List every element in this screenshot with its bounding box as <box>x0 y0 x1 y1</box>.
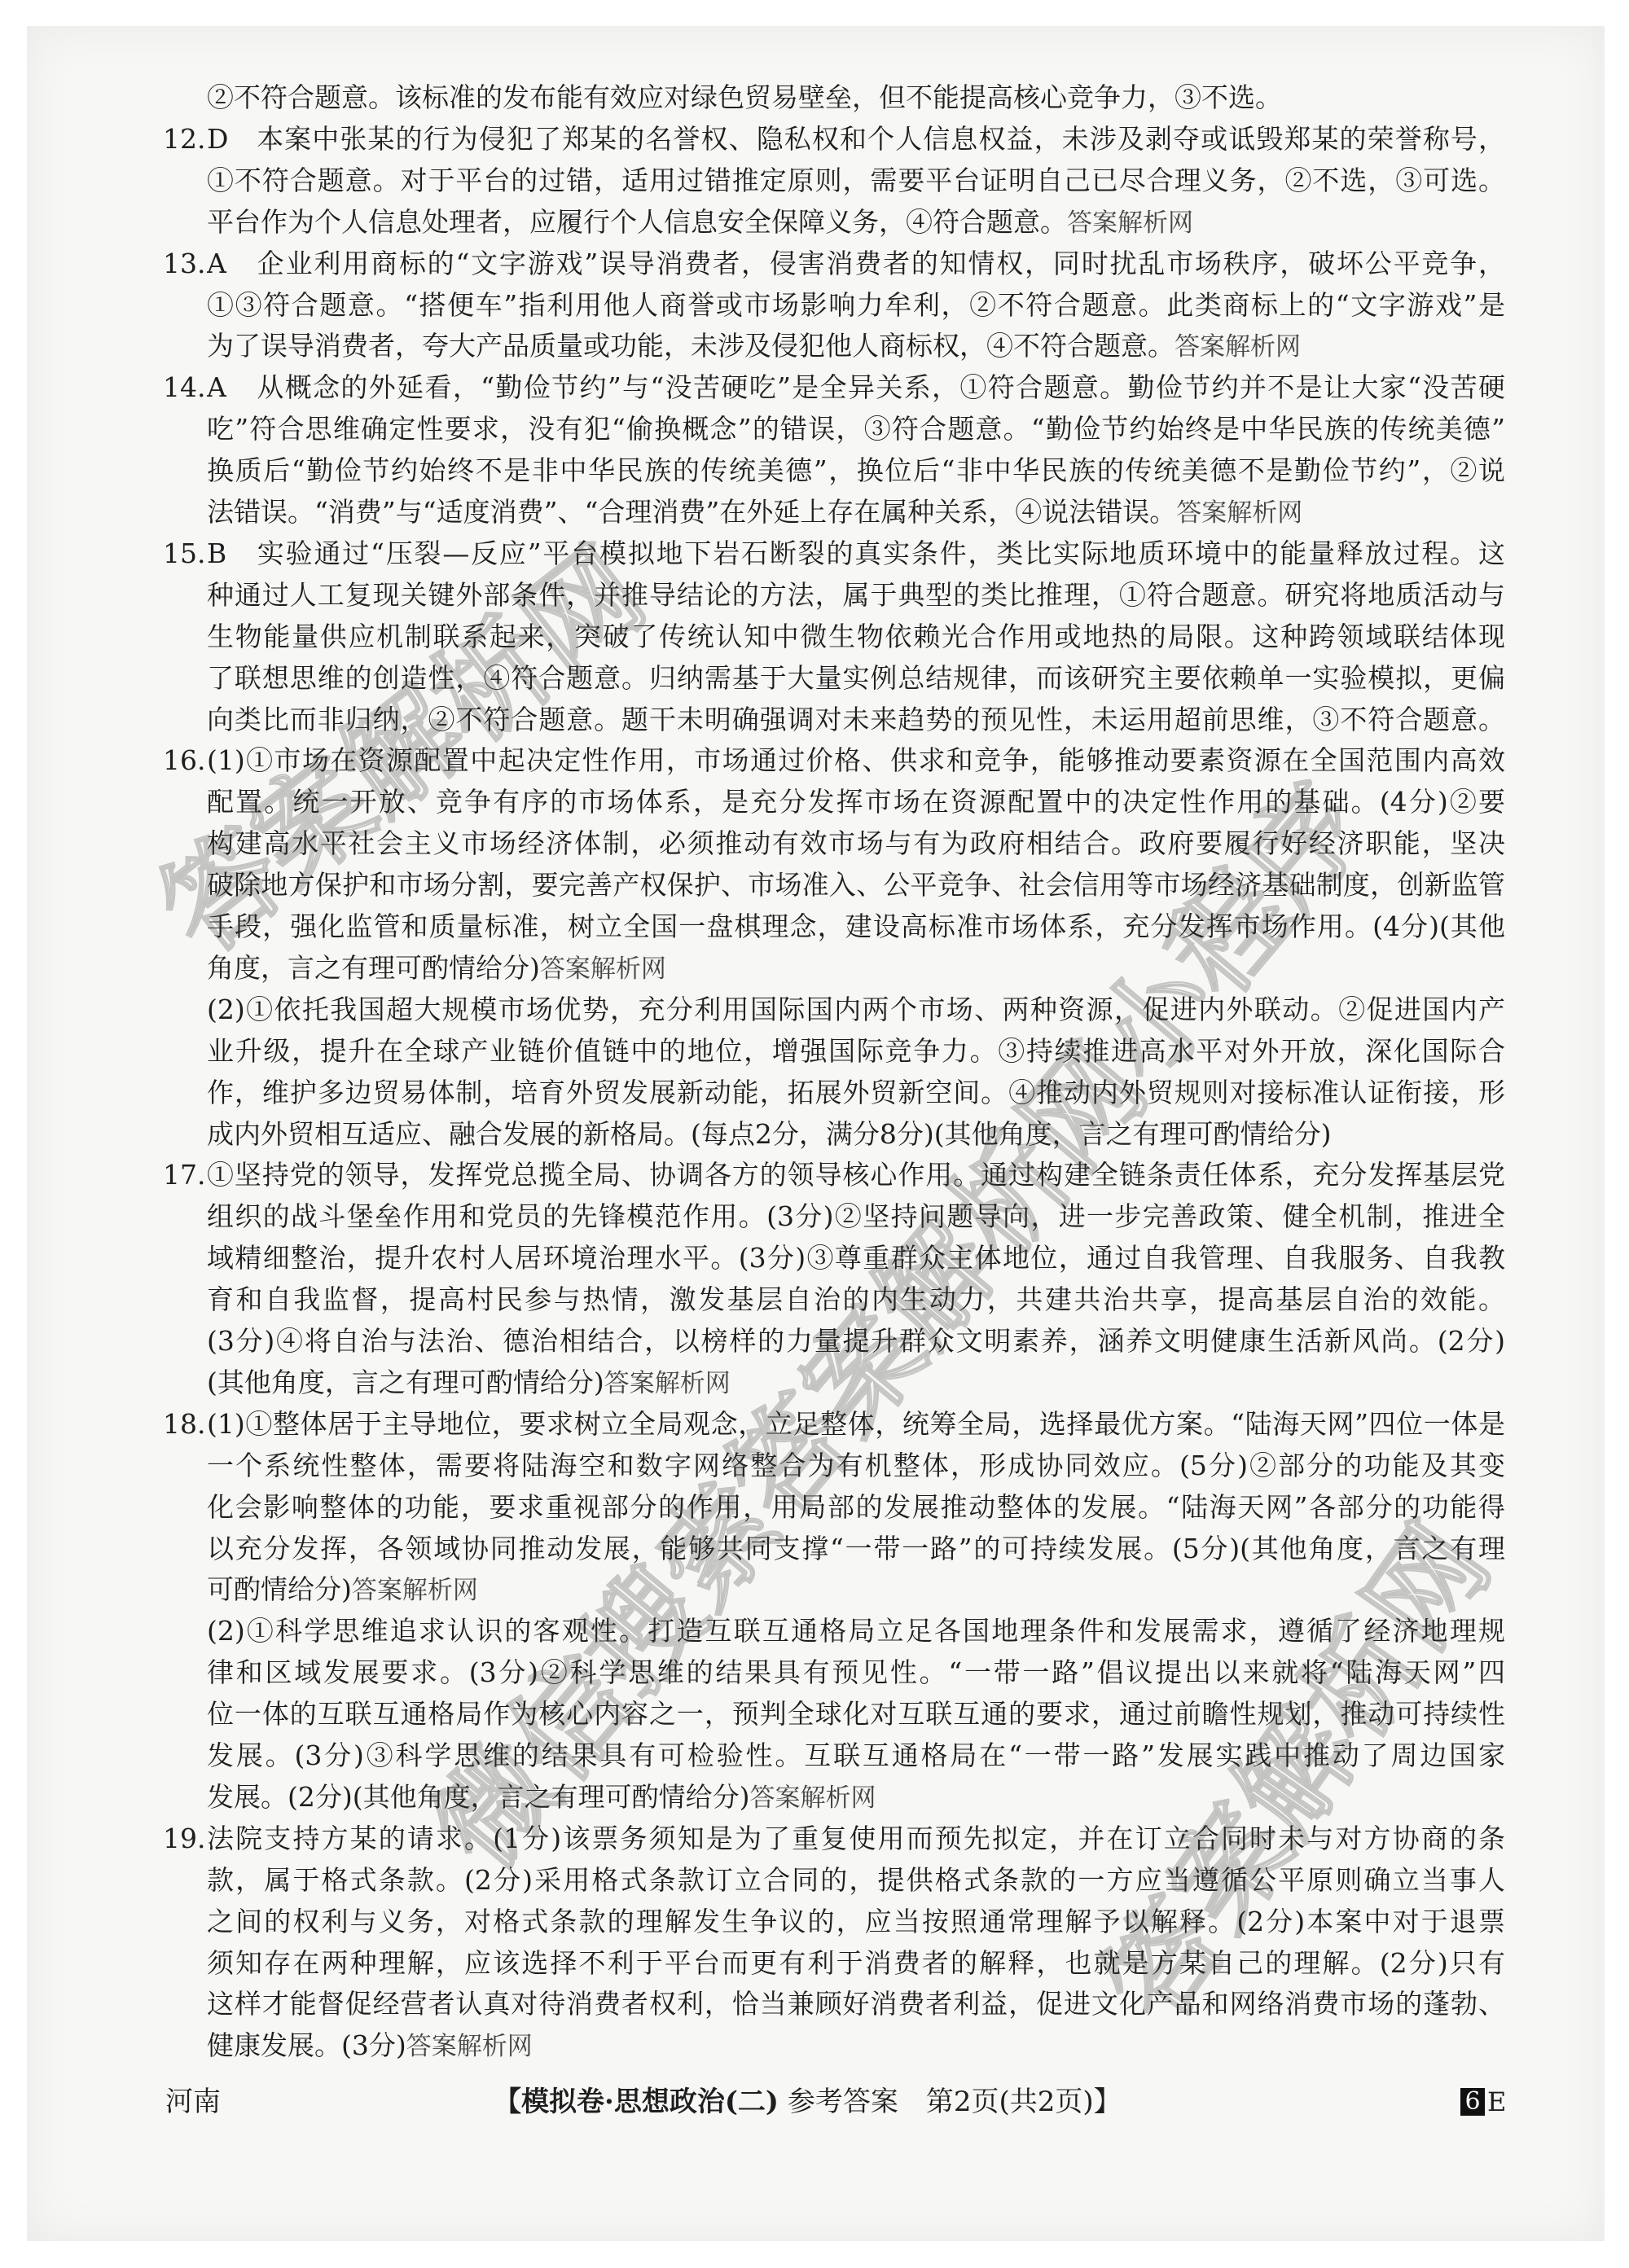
source-site-label: 答案解析网 <box>1176 498 1302 528</box>
answer-text-line: 法院支持方某的请求。(1分)该票务须知是为了重复使用而预先拟定，并在订立合同时未… <box>207 1818 1505 1859</box>
answer-text-line: 律和区域发展要求。(3分)②科学思维的结果具有预见性。“一带一路”倡议提出以来就… <box>207 1652 1505 1693</box>
answer-text-line: D本案中张某的行为侵犯了郑某的名誉权、隐私权和个人信息权益，未涉及剥夺或诋毁郑某… <box>207 119 1505 160</box>
answer-text-line: 组织的战斗堡垒作用和党员的先锋模范作用。(3分)②坚持问题导向，进一步完善政策、… <box>207 1196 1505 1237</box>
line-text: 业升级，提升在全球产业链价值链中的地位，增强国际竞争力。③持续推进高水平对外开放… <box>207 1035 1505 1067</box>
line-text: 发展。(2分)(其他角度，言之有理可酌情给分) <box>207 1781 750 1813</box>
line-text: 实验通过“压裂—反应”平台模拟地下岩石断裂的真实条件，类比实际地质环境中的能量释… <box>256 537 1505 569</box>
answer-text-line: 域精细整治，提升农村人居环境治理水平。(3分)③尊重群众主体地位，通过自我管理、… <box>207 1238 1505 1279</box>
answer-choice: A <box>207 243 256 284</box>
footer-exam-title: 【模拟卷·思想政治(二) <box>494 2086 779 2118</box>
question-number: 17. <box>163 1155 207 1195</box>
footer-title: 【模拟卷·思想政治(二) 参考答案 第2页(共2页)】 <box>494 2082 1122 2122</box>
answer-text-line: 发展。(2分)(其他角度，言之有理可酌情给分)答案解析网 <box>207 1777 1505 1818</box>
answer-text-line: 吃”符合思维确定性要求，没有犯“偷换概念”的错误，③符合题意。“勤俭节约始终是中… <box>207 409 1505 450</box>
line-text: 本案中张某的行为侵犯了郑某的名誉权、隐私权和个人信息权益，未涉及剥夺或诋毁郑某的… <box>256 123 1505 155</box>
source-site-label: 答案解析网 <box>604 1369 731 1398</box>
answer-text-line: 为了误导消费者，夸大产品质量或功能，未涉及侵犯他人商标权，④不符合题意。答案解析… <box>207 326 1505 366</box>
answer-text-line: 这样才能督促经营者认真对待消费者权利，恰当兼顾好消费者利益，促进文化产品和网络消… <box>207 1984 1505 2025</box>
line-text: 作，维护多边贸易体制，培育外贸发展新动能，拓展外贸新空间。④推动内外贸规则对接标… <box>207 1077 1505 1108</box>
line-text: 以充分发挥，各领域协同推动发展，能够共同支撑“一带一路”的可持续发展。(5分)(… <box>207 1533 1505 1564</box>
answer-text-line: ②不符合题意。该标准的发布能有效应对绿色贸易壁垒，但不能提高核心竞争力，③不选。 <box>207 77 1505 118</box>
line-text: 角度，言之有理可酌情给分) <box>207 952 540 984</box>
line-text: 平台作为个人信息处理者，应履行个人信息安全保障义务，④符合题意。 <box>207 206 1067 238</box>
question-number: 18. <box>163 1404 207 1445</box>
answer-text-line: 育和自我监督，提高村民参与热情，激发基层自治的内生动力，共建共治共享，提高基层自… <box>207 1279 1505 1320</box>
line-text: (其他角度，言之有理可酌情给分) <box>207 1367 604 1398</box>
line-text: (3分)④将自治与法治、德治相结合，以榜样的力量提升群众文明素养，涵养文明健康生… <box>207 1325 1505 1357</box>
question-number: 12. <box>163 119 207 160</box>
line-text: ①坚持党的领导，发挥党总揽全局、协调各方的领导核心作用。通过构建全链条责任体系，… <box>207 1159 1505 1191</box>
question-number: 15. <box>163 533 207 574</box>
line-text: 律和区域发展要求。(3分)②科学思维的结果具有预见性。“一带一路”倡议提出以来就… <box>207 1656 1505 1688</box>
source-site-label: 答案解析网 <box>406 2032 533 2061</box>
answer-text-line: 一个系统性整体，需要将陆海空和数字网络整合为有机整体，形成协同效应。(5分)②部… <box>207 1445 1505 1486</box>
answer-text-line: 生物能量供应机制联系起来，突破了传统认知中微生物依赖光合作用或地热的局限。这种跨… <box>207 616 1505 657</box>
answer-text-line: 化会影响整体的功能，要求重视部分的作用，用局部的发展推动整体的发展。“陆海天网”… <box>207 1487 1505 1528</box>
line-text: 健康发展。(3分) <box>207 2029 406 2061</box>
answer-text-line: 换质后“勤俭节约始终不是非中华民族的传统美德”，换位后“非中华民族的传统美德不是… <box>207 450 1505 491</box>
line-text: 组织的战斗堡垒作用和党员的先锋模范作用。(3分)②坚持问题导向，进一步完善政策、… <box>207 1200 1505 1232</box>
answer-text-line: (1)①整体居于主导地位，要求树立全局观念，立足整体，统筹全局，选择最优方案。“… <box>207 1404 1505 1445</box>
line-text: 配置。统一开放、竞争有序的市场体系，是充分发挥市场在资源配置中的决定性作用的基础… <box>207 786 1505 818</box>
answer-text-line: (3分)④将自治与法治、德治相结合，以榜样的力量提升群众文明素养，涵养文明健康生… <box>207 1321 1505 1362</box>
line-text: 种通过人工复现关键外部条件，并推导结论的方法，属于典型的类比推理，①符合题意。研… <box>207 579 1505 611</box>
line-text: 这样才能督促经营者认真对待消费者权利，恰当兼顾好消费者利益，促进文化产品和网络消… <box>207 1988 1505 2020</box>
footer-region: 河南 <box>165 2082 221 2122</box>
line-text: 可酌情给分) <box>207 1573 352 1605</box>
line-text: (1)①市场在资源配置中起决定性作用，市场通过价格、供求和竞争，能够推动要素资源… <box>207 744 1505 776</box>
line-text: (2)①科学思维追求认识的客观性。打造互联互通格局立足各国地理条件和发展需求，遵… <box>207 1615 1505 1647</box>
line-text: 了联想思维的创造性，④符合题意。归纳需基于大量实例总结规律，而该研究主要依赖单一… <box>207 662 1505 694</box>
line-text: 手段，强化监管和质量标准，树立全国一盘棋理念，建设高标准市场体系，充分发挥市场作… <box>207 910 1505 942</box>
source-site-label: 答案解析网 <box>1175 332 1301 362</box>
line-text: 破除地方保护和市场分割，要完善产权保护、市场准入、公平竞争、社会信用等市场经济基… <box>207 869 1505 901</box>
answer-text-line: 平台作为个人信息处理者，应履行个人信息安全保障义务，④符合题意。答案解析网 <box>207 202 1505 243</box>
answer-text-line: 以充分发挥，各领域协同推动发展，能够共同支撑“一带一路”的可持续发展。(5分)(… <box>207 1529 1505 1569</box>
answer-text-line: (其他角度，言之有理可酌情给分)答案解析网 <box>207 1362 1505 1403</box>
answer-text-line: 可酌情给分)答案解析网 <box>207 1569 1505 1610</box>
answer-text-line: 构建高水平社会主义市场经济体制，必须推动有效市场与有为政府相结合。政府要履行好经… <box>207 823 1505 864</box>
answer-text-line: 之间的权利与义务，对格式条款的理解发生争议的，应当按照通常理解予以解释。(2分)… <box>207 1902 1505 1942</box>
line-text: 款，属于格式条款。(2分)采用格式条款订立合同的，提供格式条款的一方应当遵循公平… <box>207 1864 1505 1896</box>
answer-text-line: 位一体的互联互通格局作为核心内容之一，预判全球化对互联互通的要求，通过前瞻性规划… <box>207 1694 1505 1735</box>
line-text: 一个系统性整体，需要将陆海空和数字网络整合为有机整体，形成协同效应。(5分)②部… <box>207 1450 1505 1481</box>
source-site-label: 答案解析网 <box>352 1576 478 1605</box>
line-text: 换质后“勤俭节约始终不是非中华民族的传统美德”，换位后“非中华民族的传统美德不是… <box>207 454 1505 486</box>
line-text: ②不符合题意。该标准的发布能有效应对绿色贸易壁垒，但不能提高核心竞争力，③不选。 <box>207 81 1282 113</box>
answer-choice: B <box>207 533 256 574</box>
badge-number: 6 <box>1460 2088 1485 2116</box>
line-text: 向类比而非归纳，②不符合题意。题干未明确强调对未来趋势的预见性，未运用超前思维，… <box>207 704 1505 735</box>
answer-text-line: ①不符合题意。对于平台的过错，适用过错推定原则，需要平台证明自己已尽合理义务，②… <box>207 160 1505 201</box>
answer-text-line: (1)①市场在资源配置中起决定性作用，市场通过价格、供求和竞争，能够推动要素资源… <box>207 740 1505 781</box>
answer-text-line: ①坚持党的领导，发挥党总揽全局、协调各方的领导核心作用。通过构建全链条责任体系，… <box>207 1155 1505 1195</box>
answer-text-line: 业升级，提升在全球产业链价值链中的地位，增强国际竞争力。③持续推进高水平对外开放… <box>207 1031 1505 1072</box>
line-text: 域精细整治，提升农村人居环境治理水平。(3分)③尊重群众主体地位，通过自我管理、… <box>207 1242 1505 1274</box>
answer-text-line: 配置。统一开放、竞争有序的市场体系，是充分发挥市场在资源配置中的决定性作用的基础… <box>207 782 1505 823</box>
answer-text-line: (2)①科学思维追求认识的客观性。打造互联互通格局立足各国地理条件和发展需求，遵… <box>207 1611 1505 1652</box>
line-text: 发展。(3分)③科学思维的结果具有可检验性。互联互通格局在“一带一路”发展实践中… <box>207 1739 1505 1771</box>
answer-text-line: 发展。(3分)③科学思维的结果具有可检验性。互联互通格局在“一带一路”发展实践中… <box>207 1735 1505 1776</box>
answer-key-document: ②不符合题意。该标准的发布能有效应对绿色贸易壁垒，但不能提高核心竞争力，③不选。… <box>0 0 1629 2268</box>
answer-choice: A <box>207 367 256 408</box>
line-text: (1)①整体居于主导地位，要求树立全局观念，立足整体，统筹全局，选择最优方案。“… <box>207 1408 1505 1440</box>
answer-text-line: 款，属于格式条款。(2分)采用格式条款订立合同的，提供格式条款的一方应当遵循公平… <box>207 1860 1505 1901</box>
line-text: 法错误。“消费”与“适度消费”、“合理消费”在外延上存在属种关系，④说法错误。 <box>207 496 1176 528</box>
question-number: 19. <box>163 1818 207 1859</box>
line-text: 企业利用商标的“文字游戏”误导消费者，侵害消费者的知情权，同时扰乱市场秩序，破坏… <box>256 248 1505 279</box>
footer-page-info: 参考答案 第2页(共2页)】 <box>788 2086 1122 2118</box>
answer-text-line: 健康发展。(3分)答案解析网 <box>207 2025 1505 2066</box>
source-site-label: 答案解析网 <box>750 1783 876 1813</box>
answer-text-line: 须知存在两种理解，应该选择不利于平台而更有利于消费者的解释，也就是方某自己的理解… <box>207 1943 1505 1984</box>
answer-text-line: (2)①依托我国超大规模市场优势，充分利用国际国内两个市场、两种资源，促进内外联… <box>207 989 1505 1030</box>
line-text: 之间的权利与义务，对格式条款的理解发生争议的，应当按照通常理解予以解释。(2分)… <box>207 1906 1505 1937</box>
line-text: 生物能量供应机制联系起来，突破了传统认知中微生物依赖光合作用或地热的局限。这种跨… <box>207 621 1505 652</box>
line-text: 育和自我监督，提高村民参与热情，激发基层自治的内生动力，共建共治共享，提高基层自… <box>207 1283 1505 1315</box>
answer-text-line: 作，维护多边贸易体制，培育外贸发展新动能，拓展外贸新空间。④推动内外贸规则对接标… <box>207 1073 1505 1113</box>
line-text: (2)①依托我国超大规模市场优势，充分利用国际国内两个市场、两种资源，促进内外联… <box>207 994 1505 1025</box>
line-text: 须知存在两种理解，应该选择不利于平台而更有利于消费者的解释，也就是方某自己的理解… <box>207 1947 1505 1979</box>
answer-text-line: 手段，强化监管和质量标准，树立全国一盘棋理念，建设高标准市场体系，充分发挥市场作… <box>207 906 1505 947</box>
answer-text-line: 了联想思维的创造性，④符合题意。归纳需基于大量实例总结规律，而该研究主要依赖单一… <box>207 658 1505 699</box>
source-site-label: 答案解析网 <box>540 954 666 984</box>
badge-letter: E <box>1487 2082 1506 2122</box>
answer-text-line: 成内外贸相互适应、融合发展的新格局。(每点2分，满分8分)(其他角度，言之有理可… <box>207 1114 1505 1155</box>
line-text: 成内外贸相互适应、融合发展的新格局。(每点2分，满分8分)(其他角度，言之有理可… <box>207 1118 1332 1150</box>
line-text: 化会影响整体的功能，要求重视部分的作用，用局部的发展推动整体的发展。“陆海天网”… <box>207 1491 1505 1523</box>
line-text: 为了误导消费者，夸大产品质量或功能，未涉及侵犯他人商标权，④不符合题意。 <box>207 330 1175 362</box>
answer-text-line: B实验通过“压裂—反应”平台模拟地下岩石断裂的真实条件，类比实际地质环境中的能量… <box>207 533 1505 574</box>
source-site-label: 答案解析网 <box>1067 208 1193 238</box>
question-number: 16. <box>163 740 207 781</box>
line-text: 从概念的外延看，“勤俭节约”与“没苦硬吃”是全异关系，①符合题意。勤俭节约并不是… <box>256 371 1505 403</box>
answer-text-line: 向类比而非归纳，②不符合题意。题干未明确强调对未来趋势的预见性，未运用超前思维，… <box>207 700 1505 740</box>
answer-choice: D <box>207 119 256 160</box>
answer-text-line: 破除地方保护和市场分割，要完善产权保护、市场准入、公平竞争、社会信用等市场经济基… <box>207 865 1505 906</box>
answer-text-line: 角度，言之有理可酌情给分)答案解析网 <box>207 948 1505 989</box>
line-text: 位一体的互联互通格局作为核心内容之一，预判全球化对互联互通的要求，通过前瞻性规划… <box>207 1698 1505 1730</box>
footer-edition-badge: 6 E <box>1460 2082 1506 2122</box>
line-text: 法院支持方某的请求。(1分)该票务须知是为了重复使用而预先拟定，并在订立合同时未… <box>207 1823 1505 1854</box>
answer-text-line: 法错误。“消费”与“适度消费”、“合理消费”在外延上存在属种关系，④说法错误。答… <box>207 492 1505 533</box>
question-number: 13. <box>163 243 207 284</box>
answer-text-line: A从概念的外延看，“勤俭节约”与“没苦硬吃”是全异关系，①符合题意。勤俭节约并不… <box>207 367 1505 408</box>
line-text: ①不符合题意。对于平台的过错，适用过错推定原则，需要平台证明自己已尽合理义务，②… <box>207 165 1505 196</box>
line-text: ①③符合题意。“搭便车”指利用他人商誉或市场影响力牟利，②不符合题意。此类商标上… <box>207 289 1505 321</box>
answer-text-line: ①③符合题意。“搭便车”指利用他人商誉或市场影响力牟利，②不符合题意。此类商标上… <box>207 285 1505 326</box>
line-text: 吃”符合思维确定性要求，没有犯“偷换概念”的错误，③符合题意。“勤俭节约始终是中… <box>207 413 1505 445</box>
question-number: 14. <box>163 367 207 408</box>
answer-text-line: A企业利用商标的“文字游戏”误导消费者，侵害消费者的知情权，同时扰乱市场秩序，破… <box>207 243 1505 284</box>
line-text: 构建高水平社会主义市场经济体制，必须推动有效市场与有为政府相结合。政府要履行好经… <box>207 827 1505 859</box>
answer-text-line: 种通过人工复现关键外部条件，并推导结论的方法，属于典型的类比推理，①符合题意。研… <box>207 575 1505 616</box>
